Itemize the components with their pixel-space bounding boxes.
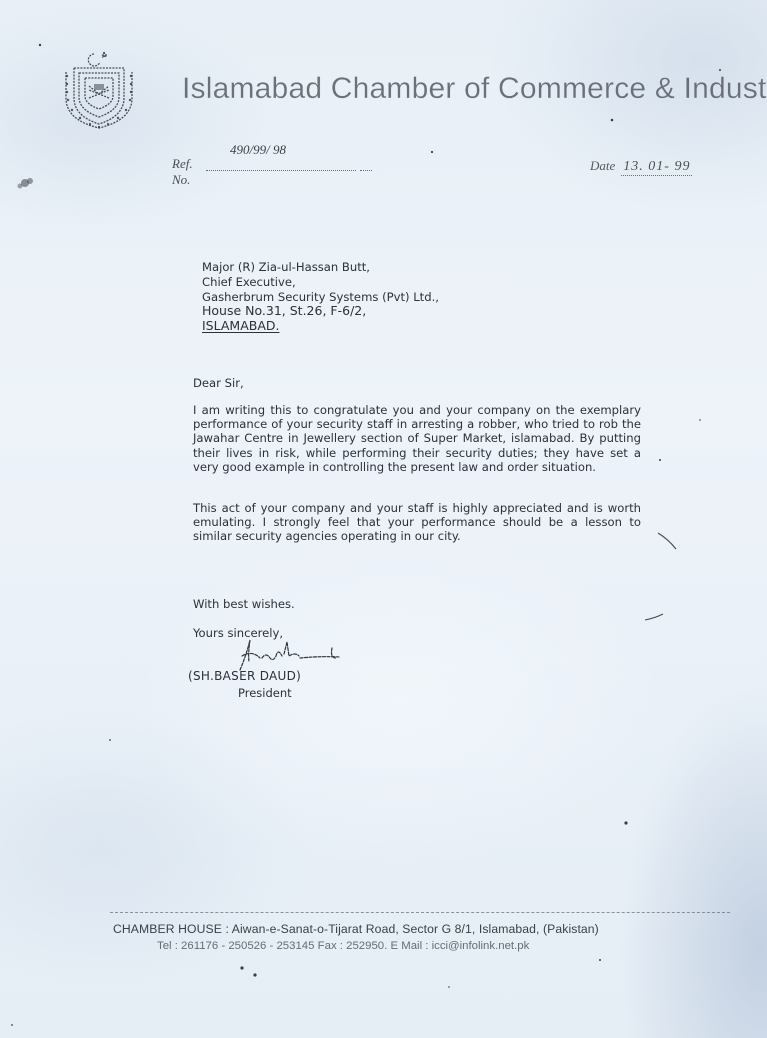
recipient-address: Major (R) Zia-ul-Hassan Butt, Chief Exec… <box>202 260 439 334</box>
footer-address: CHAMBER HOUSE : Aiwan-e-Sanat-o-Tijarat … <box>113 922 599 936</box>
date-label: Date <box>590 158 615 174</box>
letter-page: Islamabad Chamber of Commerce & Industry… <box>0 0 767 1038</box>
closing-line: With best wishes. <box>193 597 295 611</box>
footer-divider <box>110 912 730 913</box>
recipient-street: House No.31, St.26, F-6/2, <box>202 304 439 319</box>
signer-title: President <box>238 686 292 700</box>
signature-icon <box>228 636 358 672</box>
reference-value: 490/99/ 98 <box>230 142 286 158</box>
recipient-title: Chief Executive, <box>202 275 439 290</box>
recipient-company: Gasherbrum Security Systems (Pvt) Ltd., <box>202 290 439 305</box>
footer-contact: Tel : 261176 - 250526 - 253145 Fax : 252… <box>157 940 529 952</box>
letter-date: Date13. 01- 99 <box>590 158 692 176</box>
reference-underline-tail <box>360 170 372 171</box>
reference-label: Ref. No. <box>172 156 193 188</box>
recipient-city: ISLAMABAD. <box>202 319 439 334</box>
reference-underline <box>206 170 356 171</box>
chamber-crest-icon <box>60 48 138 132</box>
paragraph-1: I am writing this to congratulate you an… <box>193 403 641 474</box>
signer-name: (SH.BASER DAUD) <box>188 669 301 683</box>
salutation: Dear Sir, <box>193 376 244 390</box>
date-value: 13. 01- 99 <box>621 159 692 176</box>
recipient-name: Major (R) Zia-ul-Hassan Butt, <box>202 260 439 275</box>
organization-name: Islamabad Chamber of Commerce & Industry <box>182 72 767 106</box>
paragraph-2: This act of your company and your staff … <box>193 501 641 544</box>
